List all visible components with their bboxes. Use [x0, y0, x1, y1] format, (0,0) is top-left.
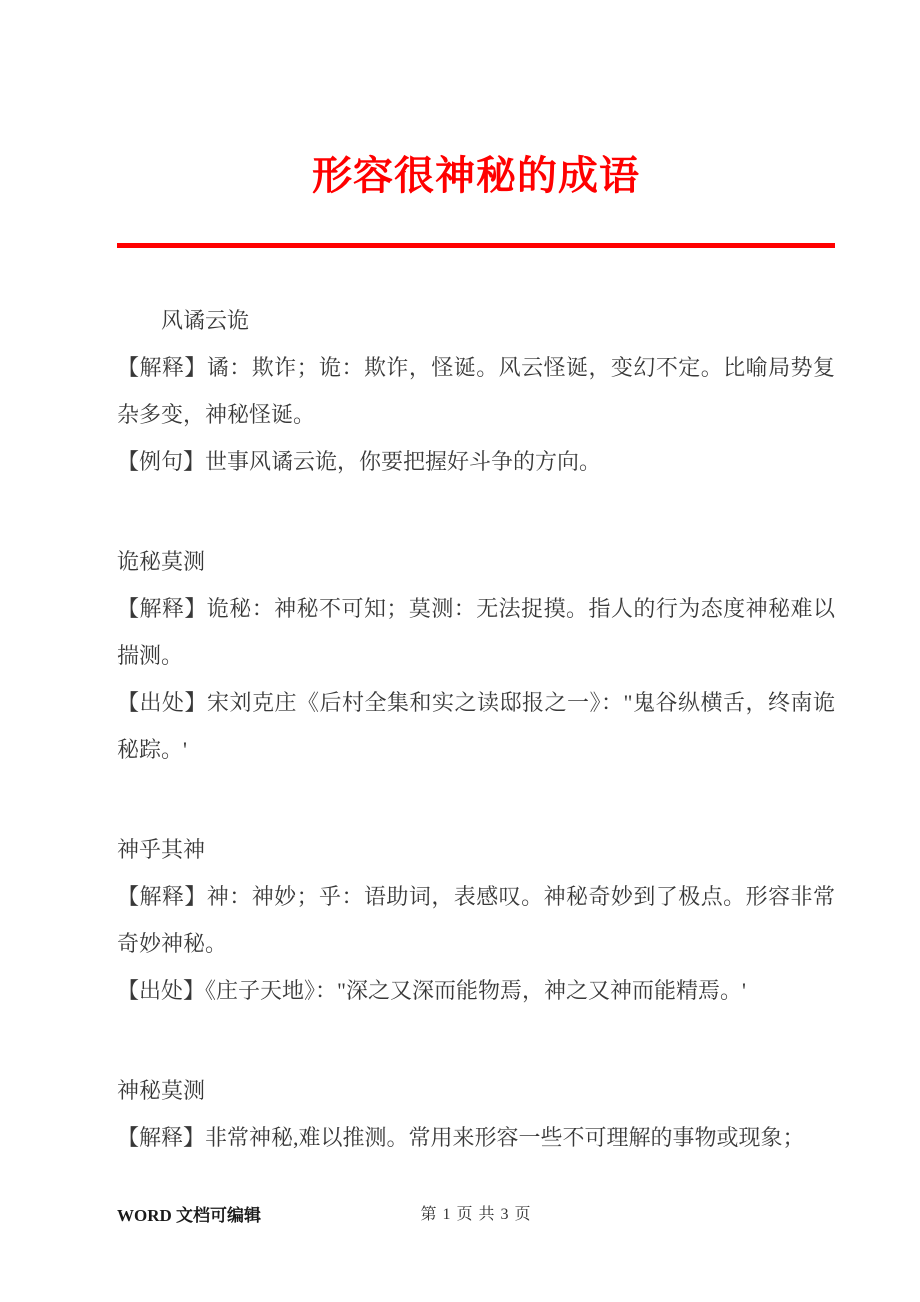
idiom-section-shenmimoce: 神秘莫测 【解释】非常神秘,难以推测。常用来形容一些不可理解的事物或现象；: [117, 1067, 835, 1161]
idiom-explanation: 【解释】非常神秘,难以推测。常用来形容一些不可理解的事物或现象；: [117, 1114, 835, 1161]
idiom-heading: 诡秘莫测: [117, 538, 835, 585]
idiom-section-shenhuqishen: 神乎其神 【解释】神：神妙；乎：语助词，表感叹。神秘奇妙到了极点。形容非常奇妙神…: [117, 826, 835, 1014]
idiom-explanation: 【解释】诡秘：神秘不可知；莫测：无法捉摸。指人的行为态度神秘难以揣测。: [117, 585, 835, 679]
footer-watermark-label: WORD 文档可编辑: [117, 1201, 261, 1226]
idiom-explanation: 【解释】神：神妙；乎：语助词，表感叹。神秘奇妙到了极点。形容非常奇妙神秘。: [117, 873, 835, 967]
idiom-section-fengjueyungui: 风谲云诡 【解释】谲：欺诈；诡：欺诈，怪诞。风云怪诞，变幻不定。比喻局势复杂多变…: [117, 297, 835, 485]
idiom-heading: 神乎其神: [117, 826, 835, 873]
idiom-heading: 风谲云诡: [117, 297, 835, 344]
idiom-source: 【出处】宋刘克庄《后村全集和实之读邸报之一》："鬼谷纵横舌，终南诡秘踪。': [117, 679, 835, 773]
title-divider-rule: [117, 243, 835, 248]
idiom-section-guimimoce: 诡秘莫测 【解释】诡秘：神秘不可知；莫测：无法捉摸。指人的行为态度神秘难以揣测。…: [117, 538, 835, 773]
page-title: 形容很神秘的成语: [117, 150, 835, 202]
document-content: 形容很神秘的成语 风谲云诡 【解释】谲：欺诈；诡：欺诈，怪诞。风云怪诞，变幻不定…: [117, 0, 835, 1161]
idiom-explanation: 【解释】谲：欺诈；诡：欺诈，怪诞。风云怪诞，变幻不定。比喻局势复杂多变，神秘怪诞…: [117, 344, 835, 438]
page-footer: WORD 文档可编辑 第 1 页 共 3 页: [117, 1201, 835, 1225]
idiom-example: 【例句】世事风谲云诡，你要把握好斗争的方向。: [117, 438, 835, 485]
idiom-source: 【出处】《庄子天地》："深之又深而能物焉，神之又神而能精焉。': [117, 967, 835, 1014]
footer-page-number: 第 1 页 共 3 页: [420, 1201, 531, 1224]
document-page: 形容很神秘的成语 风谲云诡 【解释】谲：欺诈；诡：欺诈，怪诞。风云怪诞，变幻不定…: [0, 0, 920, 1302]
idiom-heading: 神秘莫测: [117, 1067, 835, 1114]
